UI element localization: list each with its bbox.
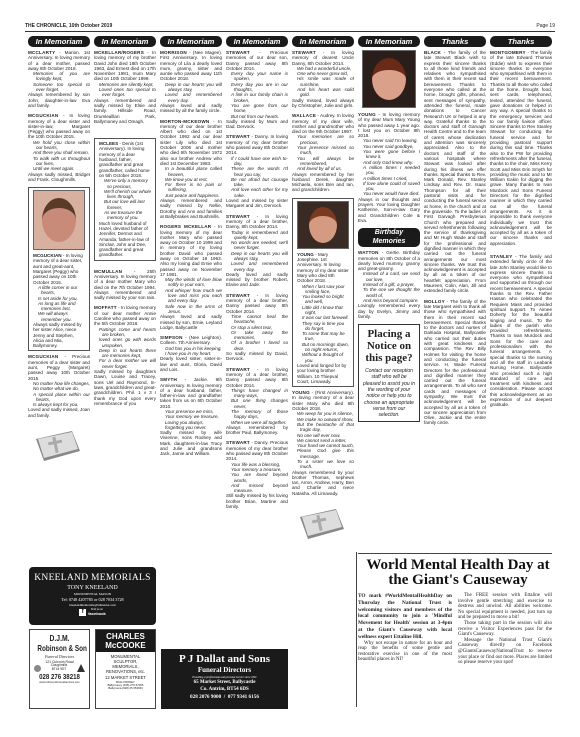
verse: A little corner in our hearts,Is set asi…: [33, 285, 85, 322]
facebook-icon: f: [79, 609, 86, 616]
article-world-mental-health-day: World Mental Health Day at the Giant's C…: [358, 558, 558, 666]
notice-moffatt: MOFFATT - In loving memory of our dear m…: [94, 305, 156, 406]
face-icon: [309, 207, 337, 243]
column-2: In Memoriam MCKELLAR/ROGERS - In loving …: [94, 36, 156, 556]
verse: Your presence we miss,Your memory we tre…: [160, 409, 222, 430]
section-header-in-memoriam: In Memoriam: [292, 36, 354, 47]
rule: [358, 553, 552, 554]
masthead: THE CHRONICLE, 10th October 2019 Page 19: [25, 24, 555, 32]
bible-icon: [32, 429, 82, 463]
column-divider: [356, 552, 357, 707]
verse: No matter how life changes,No matter wha…: [28, 381, 90, 407]
section-header-thanks: Thanks: [490, 36, 552, 47]
notice-stewart-1: STEWART - Precious memories of our dear …: [226, 50, 288, 129]
notice-wallace: WALLACE - Audrey. In loving memory of my…: [292, 113, 354, 192]
section-header-in-memoriam: In Memoriam: [226, 36, 288, 47]
bible-icon: [296, 507, 346, 541]
column-5: In Memoriam STEWART - In loving memory o…: [292, 36, 354, 681]
notice-stewart-6: STEWART - Danny. Precious memories of my…: [226, 440, 288, 509]
publication-date: THE CHRONICLE, 10th October 2019: [25, 24, 112, 29]
notice-mclees-box: MCLEES - Denis (1st Anniversary). In lov…: [94, 138, 156, 261]
notice-rogers-mckellar: ROGERS MCKELLAR - In loving memory of my…: [160, 224, 222, 330]
column-3: In Memoriam MORRISON - (Nee Magee). Firs…: [160, 36, 222, 686]
notice-mcguckian-photo-box: MCGUCKIAN - In loving memory of a dear s…: [28, 187, 90, 351]
notice-molloy: MOLLOY - The family of the late Margaret…: [424, 299, 486, 426]
section-header-in-memoriam: In Memoriam: [28, 36, 90, 47]
notice-black: BLACK - The family of the late Stewart B…: [424, 50, 486, 294]
verse: Partings come and hearts are broken,love…: [94, 327, 156, 369]
placing-notice-body: Contact our reception staff who will be …: [362, 368, 416, 418]
section-header-in-memoriam: In Memoriam: [94, 36, 156, 47]
ad-charles-mccooke: CHARLES McCOOKE MONUMENTAL SCULPTOR, MEM…: [95, 629, 156, 709]
section-header-thanks: Thanks: [424, 36, 486, 47]
face-icon: [42, 198, 76, 242]
verse: We've only a memory so precious,We'll ch…: [99, 178, 151, 220]
verse: We hold you close within our hearts,And …: [28, 140, 90, 172]
column-4: In Memoriam STEWART - Precious memories …: [226, 36, 288, 686]
verse: Instead of a card, we send our love,Inst…: [358, 271, 420, 303]
notice-morrison: MORRISON - (Nee Magee). First Anniversar…: [160, 50, 222, 114]
verse: Every day your name is spoken,Every day …: [226, 71, 288, 119]
verse: Things have changed in many ways,But one…: [226, 388, 288, 425]
notice-simpson: SIMPSON - (Nee Leighton). Colleen. 7th A…: [160, 335, 222, 372]
verse: You never said I'm leaving,You never sai…: [358, 138, 420, 196]
verse: If I could have one wish to-day,These ar…: [226, 156, 288, 198]
notice-young-2: YOUNG - (First Anniversary). In loving m…: [292, 390, 354, 496]
verse: In a beautiful place called heaven,We kn…: [160, 166, 222, 198]
notice-young-3: YOUNG - In loving memory of my dear Mum …: [358, 112, 420, 223]
verse: When I last saw your smiling face,You lo…: [297, 284, 349, 363]
logo-triangle-icon: [77, 664, 85, 672]
column-7: Thanks BLACK - The family of the late St…: [424, 36, 486, 556]
verse: Your life was a blessing,Your memory a t…: [226, 462, 288, 494]
notice-smyth: SMYTH - Jackie. 9th Anniversary. In lovi…: [160, 377, 222, 456]
column-6: In Memoriam YOUNG - In loving memory of …: [358, 36, 420, 556]
notice-mcguckian-1: MCGUCKIAN - In loving memory of a dear s…: [28, 113, 90, 182]
verse: Today is remembered and quietly kept,No …: [226, 230, 288, 272]
notice-mckellar-rogers: MCKELLAR/ROGERS - In loving memory of my…: [94, 50, 156, 124]
portrait-photo: [297, 201, 349, 249]
section-header-in-memoriam: In Memoriam: [160, 36, 222, 47]
article-lead: TO mark #WorldMentalHealthDay on Thursda…: [358, 593, 452, 641]
notice-morton-mckeown: MORTON-MCKEOWN - In memory of our dear b…: [160, 119, 222, 220]
notice-stewart-4: STEWART - In loving memory of a dear bro…: [226, 293, 288, 362]
notice-watton: WATTON - Gertie. Birthday memories on 8t…: [358, 250, 420, 319]
verse: We had a wonderful uncle,One who never g…: [292, 66, 354, 98]
placing-notice-title: Placing a Notice on this page?: [362, 328, 416, 364]
section-header-birthday-memories: Birthday Memories: [358, 228, 420, 247]
notice-stewart-7: STEWART - In loving memory of dearest Un…: [292, 50, 354, 108]
notice-mcguckian-2: MCGUCKIAN - In loving memory of a dear s…: [33, 253, 85, 348]
verse: Memories are silently kept,Loved ones to…: [94, 82, 156, 98]
crest-icon: [34, 665, 41, 672]
column-1: In Memoriam MCCLARTY - Marion. 1st Anniv…: [28, 36, 90, 556]
page-number: Page 19: [536, 24, 555, 29]
facebook-link[interactable]: f Find us onfacebook: [30, 608, 155, 616]
ad-pj-dallat: P J Dallat and Sons Funeral Directors Pr…: [161, 649, 288, 709]
verse: Your memories are so precious,Your prese…: [292, 134, 354, 171]
notice-stewart-5: STEWART - In loving memory of a dear bro…: [226, 367, 288, 436]
verse: We weep for you in silence,We make no ou…: [292, 411, 354, 469]
portrait-photo: [33, 190, 85, 250]
notice-stewart-3: STEWART - In loving memory of a dear bro…: [226, 214, 288, 288]
ad-kneeland-memorials: KNEELAND MEMORIALS TONY KNEELAND MONUMEN…: [29, 567, 156, 625]
placing-notice-box: Placing a Notice on this page? Contact o…: [358, 324, 420, 422]
notice-mcguckian-3: MCGUCKIAN - Precious memories of a dear …: [28, 354, 90, 418]
notice-mcmullan: MCMULLAN - 25th Anniversary. In loving m…: [94, 269, 156, 301]
verse: Memories of you are lovingly kept,Someon…: [28, 71, 90, 92]
verse: God has you in his keeping,I have you in…: [160, 346, 222, 357]
verse: Time cannot heal the heartache,Or stop a…: [226, 314, 288, 351]
notice-stewart-2: STEWART - Danny. In loving memory of my …: [226, 134, 288, 208]
portrait-photo: [362, 50, 416, 108]
notice-montgomery: MONTGOMERY - The family of the late Edwa…: [490, 50, 552, 246]
notice-stanley: STANLEY - The family and extended family…: [490, 254, 552, 408]
ad-djm-robinson: D.J.M. Robinson & Son Funeral Directors …: [29, 629, 90, 709]
notice-mcclarty: MCCLARTY - Marion. 1st Anniversary. In l…: [28, 50, 90, 108]
notice-young-photo-box: YOUNG - Mary Josephine. 1st Anniversary.…: [292, 198, 354, 387]
verse: Deep in our hearts you will always stay,…: [160, 82, 222, 103]
article-headline: World Mental Health Day at the Giant's C…: [358, 558, 558, 587]
face-icon: [372, 58, 406, 100]
verse: May the winds of love blow softly in you…: [160, 277, 222, 314]
section-header-in-memoriam: In Memoriam: [358, 36, 420, 47]
column-8: Thanks MONTGOMERY - The family of the la…: [490, 36, 552, 556]
